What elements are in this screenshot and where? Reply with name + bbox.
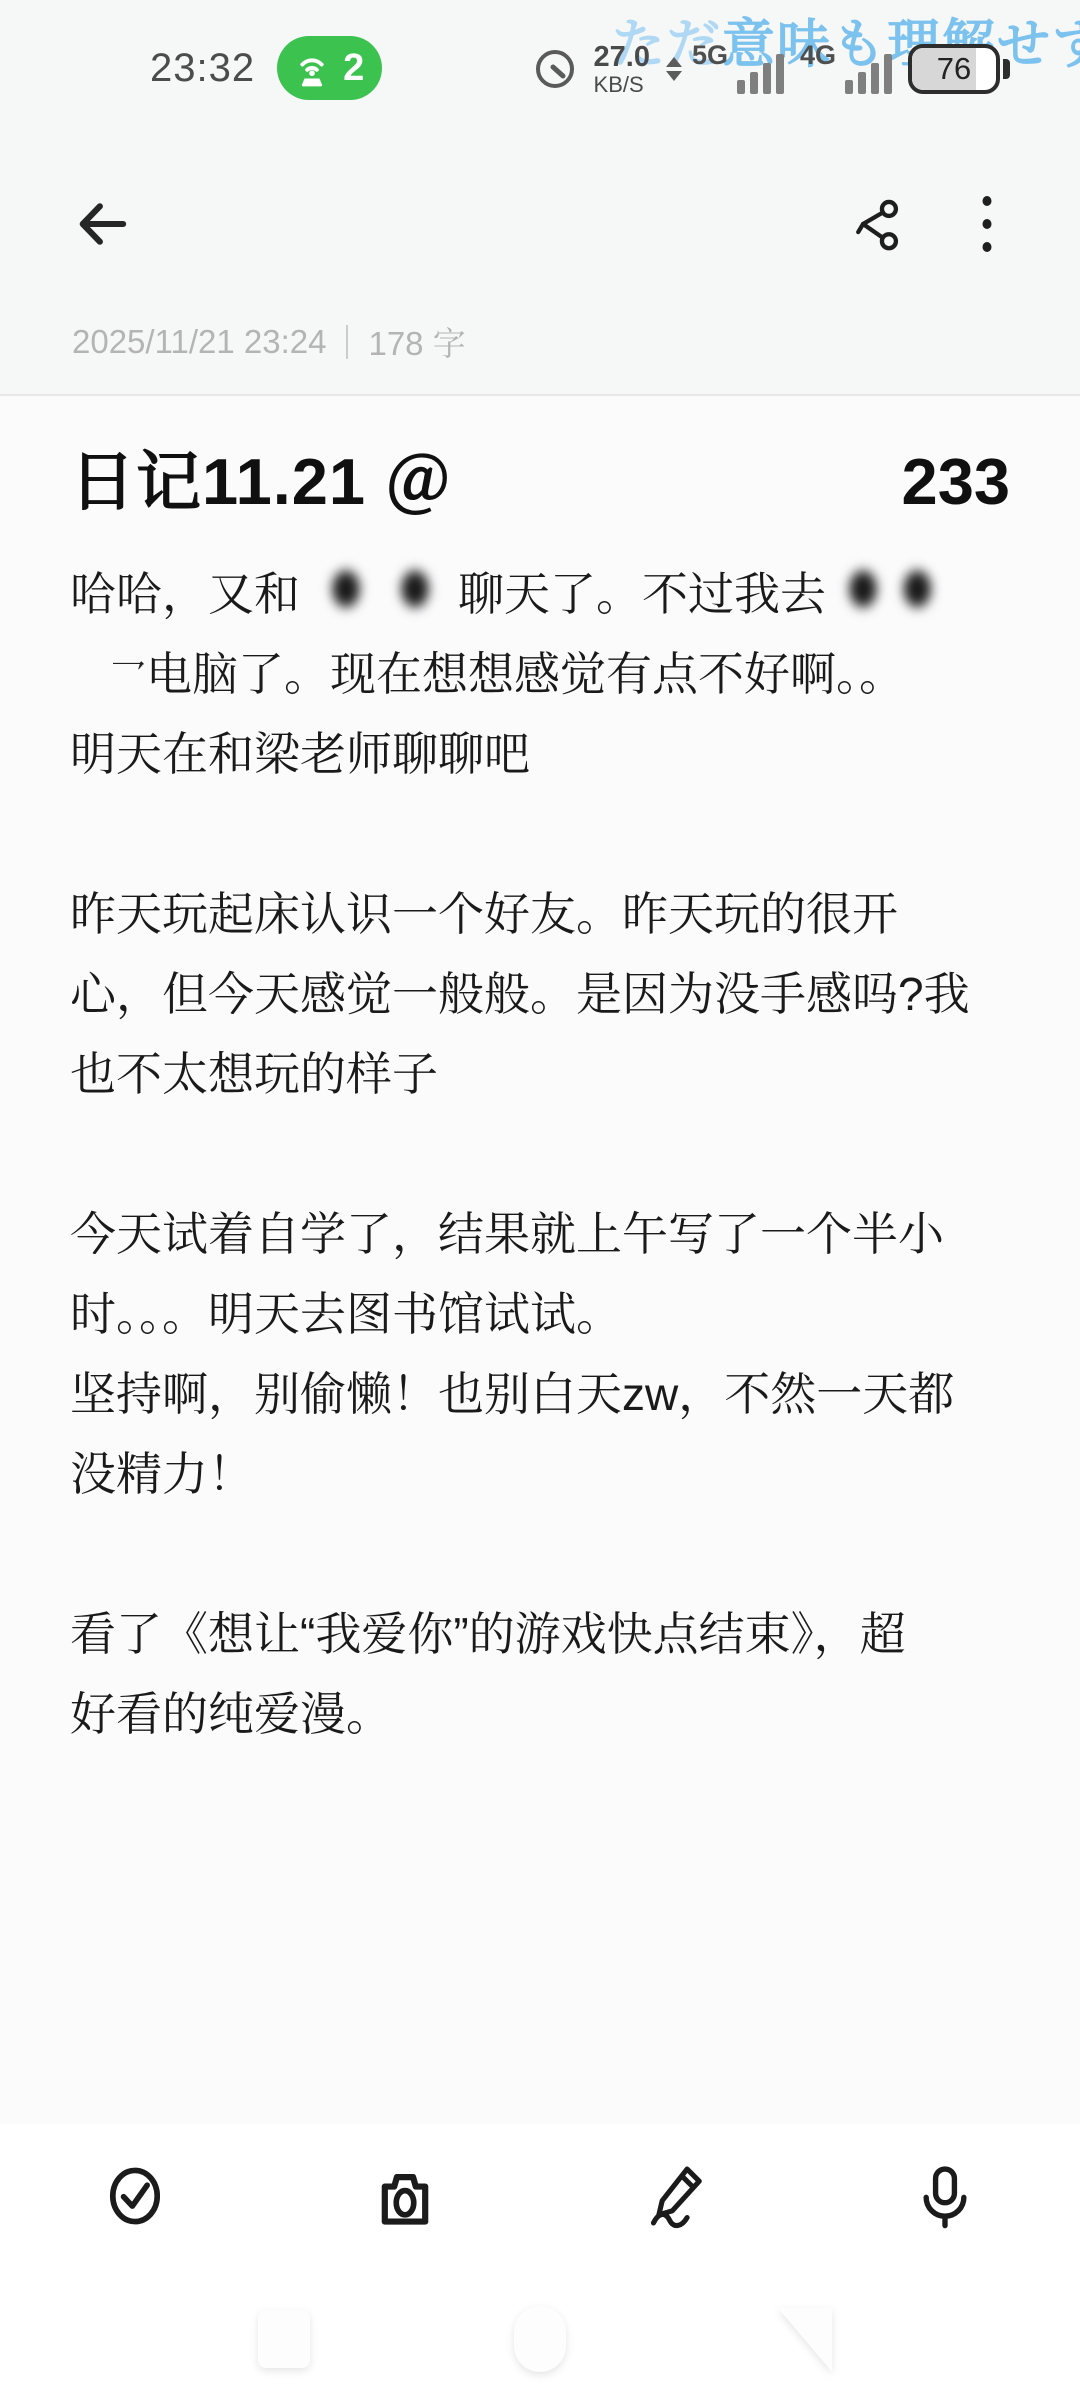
sim2-label: 4G <box>800 40 836 71</box>
censored-text <box>304 562 454 618</box>
microphone-icon <box>912 2161 978 2231</box>
todo-button[interactable] <box>101 2162 169 2230</box>
meta-separator <box>346 325 348 359</box>
back-button[interactable] <box>70 193 132 255</box>
hotspot-badge[interactable]: 2 <box>277 36 382 100</box>
note-text: 今天试着自学了，结果就上午写了一个半小 <box>70 1208 944 1260</box>
note-meta: 2025/11/21 23:24 178 字 <box>72 318 466 365</box>
back-arrow-icon <box>70 193 132 255</box>
hotspot-icon <box>291 47 333 89</box>
note-body: 哈哈，又和聊天了。不过我去乛电脑了。现在想想感觉有点不好啊。。明天在和梁老师聊聊… <box>70 554 1010 1754</box>
note-datetime: 2025/11/21 23:24 <box>72 323 326 361</box>
top-nav-bar <box>0 186 1080 262</box>
note-text: 电脑了。现在想想感觉有点不好啊。。 <box>146 648 905 700</box>
note-line: 哈哈，又和聊天了。不过我去 <box>70 554 1010 634</box>
recents-button[interactable] <box>258 2310 310 2368</box>
phone-screen: ただ意味も理解せずに歌 23:32 2 <box>0 0 1080 2400</box>
data-arrows-icon <box>666 57 682 81</box>
note-text: 看了《想让“我爱你”的游戏快点结束》，超 <box>70 1608 906 1660</box>
note-text: 哈哈，又和 <box>70 568 300 620</box>
note-text: 时。。。明天去图书馆试试。 <box>70 1288 622 1340</box>
battery-nub <box>1003 59 1010 79</box>
android-nav-bar <box>0 2306 1080 2376</box>
note-counter: 233 <box>902 430 1010 534</box>
note-word-count: 178 字 <box>368 318 465 365</box>
battery-indicator: 76 <box>908 44 1010 94</box>
network-speed: 27.0 KB/S <box>594 43 650 96</box>
battery-percent: 76 <box>937 51 971 87</box>
note-text: 乛 <box>110 657 146 698</box>
status-bar: 23:32 2 <box>0 36 1080 106</box>
back-nav-button[interactable] <box>778 2308 832 2372</box>
sim1-label: 5G <box>692 40 728 71</box>
note-text: 明天在和梁老师聊聊吧 <box>70 728 530 780</box>
note-line: 心，但今天感觉一般般。是因为没手感吗?我 <box>70 954 1010 1034</box>
hotspot-count: 2 <box>343 47 364 90</box>
note-line: 明天在和梁老师聊聊吧 <box>70 714 1010 794</box>
more-vertical-icon <box>978 193 996 255</box>
note-title: 日记11.21 ＠ <box>70 430 451 534</box>
network-speed-value: 27.0 <box>594 43 650 72</box>
note-paragraph: 哈哈，又和聊天了。不过我去乛电脑了。现在想想感觉有点不好啊。。明天在和梁老师聊聊… <box>70 554 1010 794</box>
note-content[interactable]: 日记11.21 ＠ 233 哈哈，又和聊天了。不过我去乛电脑了。现在想想感觉有点… <box>0 396 1080 2124</box>
sim2-signal-icon: 4G <box>800 42 892 96</box>
share-button[interactable] <box>848 196 904 252</box>
speedometer-icon <box>532 46 578 92</box>
note-line: 看了《想让“我爱你”的游戏快点结束》，超 <box>70 1594 1010 1674</box>
menu-button[interactable] <box>978 193 996 255</box>
note-paragraph: 今天试着自学了，结果就上午写了一个半小时。。。明天去图书馆试试。坚持啊，别偷懒！… <box>70 1194 1010 1514</box>
note-line: 今天试着自学了，结果就上午写了一个半小 <box>70 1194 1010 1274</box>
signature-pen-icon <box>642 2161 708 2231</box>
note-line: 也不太想玩的样子 <box>70 1034 1010 1114</box>
note-line: 乛电脑了。现在想想感觉有点不好啊。。 <box>70 634 1010 714</box>
note-text: 昨天玩起床认识一个好友。昨天玩的很开 <box>70 888 898 940</box>
note-text: 也不太想玩的样子 <box>70 1048 438 1100</box>
note-text: 好看的纯爱漫。 <box>70 1688 392 1740</box>
note-paragraph: 看了《想让“我爱你”的游戏快点结束》，超好看的纯爱漫。 <box>70 1594 1010 1754</box>
check-circle-icon <box>102 2161 168 2231</box>
handwrite-button[interactable] <box>641 2162 709 2230</box>
note-text: 心，但今天感觉一般般。是因为没手感吗?我 <box>70 968 970 1020</box>
camera-icon <box>372 2161 438 2231</box>
note-text: 坚持啊，别偷懒！也别白天zw，不然一天都 <box>70 1368 954 1420</box>
censored-text <box>830 562 948 618</box>
network-speed-unit: KB/S <box>594 74 644 96</box>
note-text: 聊天了。不过我去 <box>458 568 826 620</box>
note-title-row: 日记11.21 ＠ 233 <box>70 430 1010 542</box>
clock: 23:32 <box>150 46 255 91</box>
voice-button[interactable] <box>911 2162 979 2230</box>
note-line: 好看的纯爱漫。 <box>70 1674 1010 1754</box>
note-line: 时。。。明天去图书馆试试。 <box>70 1274 1010 1354</box>
note-line: 坚持啊，别偷懒！也别白天zw，不然一天都 <box>70 1354 1010 1434</box>
note-paragraph: 昨天玩起床认识一个好友。昨天玩的很开心，但今天感觉一般般。是因为没手感吗?我也不… <box>70 874 1010 1114</box>
share-icon <box>848 196 904 252</box>
note-text: 没精力！ <box>70 1448 254 1500</box>
camera-button[interactable] <box>371 2162 439 2230</box>
note-line: 昨天玩起床认识一个好友。昨天玩的很开 <box>70 874 1010 954</box>
note-line: 没精力！ <box>70 1434 1010 1514</box>
sim1-signal-icon: 5G <box>692 42 784 96</box>
home-button[interactable] <box>514 2306 566 2372</box>
